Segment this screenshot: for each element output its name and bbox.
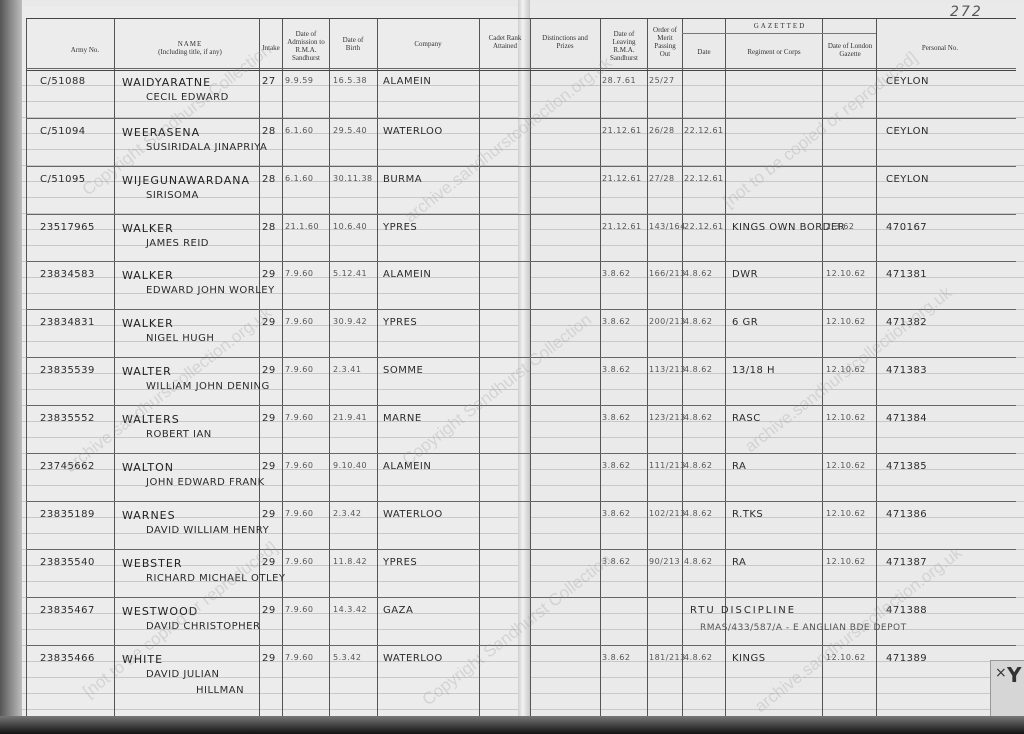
gazetted-rule bbox=[682, 33, 876, 34]
page-number: 272 bbox=[950, 4, 983, 20]
cell-gaz-date: 4.8.62 bbox=[684, 653, 712, 662]
cell-intake: 29 bbox=[262, 461, 276, 472]
cell-left: 3.8.62 bbox=[602, 317, 630, 326]
cell-personal-no: 471388 bbox=[886, 605, 927, 616]
cell-surname: WALKER bbox=[122, 269, 174, 282]
cell-intake: 29 bbox=[262, 653, 276, 664]
cell-london-gazette: 12.10.62 bbox=[826, 317, 866, 326]
cell-left: 3.8.62 bbox=[602, 365, 630, 374]
note-line-2: RMAS/433/587/A - E ANGLIAN BDE DEPOT bbox=[700, 623, 907, 633]
cell-company: SOMME bbox=[383, 365, 423, 376]
row-divider bbox=[26, 166, 1016, 167]
cell-born: 9.10.40 bbox=[333, 461, 367, 470]
row-divider bbox=[26, 261, 1016, 262]
cell-surname: WIJEGUNAWARDANA bbox=[122, 174, 250, 187]
cell-company: YPRES bbox=[383, 222, 417, 233]
cell-born: 14.3.42 bbox=[333, 605, 367, 614]
cell-company: GAZA bbox=[383, 605, 413, 616]
cell-gaz-date: 4.8.62 bbox=[684, 317, 712, 326]
cell-london-gazette: 12.10.62 bbox=[826, 557, 866, 566]
column-divider bbox=[479, 18, 480, 718]
cell-intake: 29 bbox=[262, 509, 276, 520]
cell-company: WATERLOO bbox=[383, 126, 443, 137]
cell-army-no: 23517965 bbox=[40, 222, 95, 233]
cell-army-no: 23835552 bbox=[40, 413, 95, 424]
cell-merit: 27/28 bbox=[649, 174, 675, 183]
cell-born: 5.3.42 bbox=[333, 653, 361, 662]
cell-admitted: 21.1.60 bbox=[285, 222, 319, 231]
cell-surname: WALTON bbox=[122, 461, 174, 474]
cell-surname: WALKER bbox=[122, 317, 174, 330]
book-edge bbox=[0, 0, 22, 734]
cell-merit: 90/213 bbox=[649, 557, 680, 566]
cell-forenames: JAMES REID bbox=[146, 238, 209, 249]
cell-surname: WESTWOOD bbox=[122, 605, 198, 618]
cell-admitted: 7.9.60 bbox=[285, 461, 313, 470]
cell-born: 2.3.41 bbox=[333, 365, 361, 374]
cell-merit: 111/213 bbox=[649, 461, 686, 470]
cell-london-gazette: 12.10.62 bbox=[826, 509, 866, 518]
cell-surname: WARNES bbox=[122, 509, 176, 522]
cell-born: 5.12.41 bbox=[333, 269, 367, 278]
row-divider bbox=[26, 118, 1016, 119]
book-gutter bbox=[518, 0, 530, 722]
cell-army-no: 23745662 bbox=[40, 461, 95, 472]
cell-regiment: DWR bbox=[732, 269, 758, 280]
cell-army-no: 23835467 bbox=[40, 605, 95, 616]
cell-admitted: 7.9.60 bbox=[285, 269, 313, 278]
cell-left: 28.7.61 bbox=[602, 76, 636, 85]
column-divider bbox=[822, 18, 823, 718]
cell-merit: 143/164 bbox=[649, 222, 686, 231]
header-date-leaving: Date of Leaving R.M.A. Sandhurst bbox=[602, 30, 646, 62]
header-distinctions: Distinctions and Prizes bbox=[535, 34, 595, 50]
cell-forenames: SIRISOMA bbox=[146, 190, 199, 201]
cell-company: ALAMEIN bbox=[383, 461, 431, 472]
cell-london-gazette: 12.10.62 bbox=[826, 653, 866, 662]
cell-forenames: DAVID JULIAN bbox=[146, 669, 220, 680]
cell-admitted: 7.9.60 bbox=[285, 317, 313, 326]
cell-london-gazette: 12.10.62 bbox=[826, 269, 866, 278]
tab-letter: Y bbox=[1007, 663, 1021, 687]
cell-left: 3.8.62 bbox=[602, 653, 630, 662]
cell-merit: 25/27 bbox=[649, 76, 675, 85]
cell-forenames: WILLIAM JOHN DENING bbox=[146, 381, 270, 392]
header-gazetted-date: Date bbox=[684, 48, 724, 56]
top-rule bbox=[26, 18, 1016, 19]
column-divider bbox=[600, 18, 601, 718]
cell-personal-no: 471389 bbox=[886, 653, 927, 664]
cell-forenames: SUSIRIDALA JINAPRIYA bbox=[146, 142, 267, 153]
cell-intake: 28 bbox=[262, 126, 276, 137]
column-divider bbox=[259, 18, 260, 718]
header-company: Company bbox=[380, 40, 476, 48]
cell-army-no: 23835466 bbox=[40, 653, 95, 664]
cell-admitted: 7.9.60 bbox=[285, 509, 313, 518]
cell-surname: WALTERS bbox=[122, 413, 180, 426]
cell-left: 3.8.62 bbox=[602, 413, 630, 422]
cell-forenames: NIGEL HUGH bbox=[146, 333, 214, 344]
cell-born: 10.6.40 bbox=[333, 222, 367, 231]
cell-company: BURMA bbox=[383, 174, 422, 185]
cell-forenames: JOHN EDWARD FRANK bbox=[146, 477, 265, 488]
cell-born: 11.8.42 bbox=[333, 557, 367, 566]
cell-personal-no: CEYLON bbox=[886, 174, 929, 185]
cell-surname: WHITE bbox=[122, 653, 163, 666]
cell-army-no: C/51088 bbox=[40, 76, 86, 87]
header-order-merit: Order of Merit Passing Out bbox=[649, 26, 681, 58]
cell-army-no: C/51094 bbox=[40, 126, 86, 137]
cell-born: 21.9.41 bbox=[333, 413, 367, 422]
column-divider bbox=[876, 18, 877, 718]
cell-personal-no: 471383 bbox=[886, 365, 927, 376]
header-gazetted: GAZETTED bbox=[700, 22, 860, 30]
cell-company: WATERLOO bbox=[383, 653, 443, 664]
ledger-spread: Army No. NAME (Including title, if any) … bbox=[0, 0, 1024, 722]
row-divider bbox=[26, 405, 1016, 406]
cell-admitted: 9.9.59 bbox=[285, 76, 313, 85]
cell-gaz-date: 22.12.61 bbox=[684, 174, 724, 183]
cell-merit: 123/213 bbox=[649, 413, 686, 422]
cell-gaz-date: 4.8.62 bbox=[684, 365, 712, 374]
cell-intake: 27 bbox=[262, 76, 276, 87]
cell-regiment: RASC bbox=[732, 413, 761, 424]
cell-left: 3.8.62 bbox=[602, 557, 630, 566]
header-cadet-rank: Cadet Rank Attained bbox=[485, 34, 525, 50]
cell-personal-no: 470167 bbox=[886, 222, 927, 233]
cell-gaz-date: 4.8.62 bbox=[684, 413, 712, 422]
cell-army-no: 23835540 bbox=[40, 557, 95, 568]
cell-company: ALAMEIN bbox=[383, 76, 431, 87]
header-rule bbox=[26, 70, 1016, 71]
cell-merit: 102/213 bbox=[649, 509, 686, 518]
row-divider bbox=[26, 68, 1016, 69]
cell-left: 3.8.62 bbox=[602, 509, 630, 518]
cell-intake: 29 bbox=[262, 413, 276, 424]
header-regiment: Regiment or Corps bbox=[728, 48, 820, 56]
cell-company: ALAMEIN bbox=[383, 269, 431, 280]
cell-personal-no: 471385 bbox=[886, 461, 927, 472]
header-name-sub: (Including title, if any) bbox=[130, 48, 250, 56]
cell-regiment: RA bbox=[732, 461, 746, 472]
cell-born: 30.9.42 bbox=[333, 317, 367, 326]
cell-london-gazette: 12.10.62 bbox=[826, 461, 866, 470]
header-london-gazette: Date of London Gazette bbox=[826, 42, 874, 58]
cell-merit: 26/28 bbox=[649, 126, 675, 135]
cell-personal-no: 471387 bbox=[886, 557, 927, 568]
cell-intake: 29 bbox=[262, 605, 276, 616]
cell-forenames: CECIL EDWARD bbox=[146, 92, 229, 103]
cell-army-no: 23834831 bbox=[40, 317, 95, 328]
cell-merit: 113/213 bbox=[649, 365, 686, 374]
row-divider bbox=[26, 309, 1016, 310]
cell-gaz-date: 4.8.62 bbox=[684, 461, 712, 470]
cell-regiment: RA bbox=[732, 557, 746, 568]
cell-admitted: 7.9.60 bbox=[285, 413, 313, 422]
cell-london-gazette: 2.3.62 bbox=[826, 222, 854, 231]
cell-army-no: 23834583 bbox=[40, 269, 95, 280]
cell-personal-no: 471381 bbox=[886, 269, 927, 280]
cell-army-no: 23835189 bbox=[40, 509, 95, 520]
cell-company: WATERLOO bbox=[383, 509, 443, 520]
cell-personal-no: 471382 bbox=[886, 317, 927, 328]
cell-company: YPRES bbox=[383, 317, 417, 328]
cell-born: 30.11.38 bbox=[333, 174, 373, 183]
cell-surname: WALKER bbox=[122, 222, 174, 235]
cell-admitted: 7.9.60 bbox=[285, 365, 313, 374]
cell-forenames: EDWARD JOHN WORLEY bbox=[146, 285, 275, 296]
cell-regiment: 13/18 H bbox=[732, 365, 775, 376]
cell-forenames: RICHARD MICHAEL OTLEY bbox=[146, 573, 286, 584]
cell-gaz-date: 22.12.61 bbox=[684, 222, 724, 231]
book-bottom-edge bbox=[0, 716, 1024, 734]
header-name: NAME bbox=[130, 40, 250, 48]
header-date-admission: Date of Admission to R.M.A. Sandhurst bbox=[286, 30, 326, 62]
column-divider bbox=[282, 18, 283, 718]
cell-merit: 181/213 bbox=[649, 653, 686, 662]
row-divider bbox=[26, 549, 1016, 550]
row-divider bbox=[26, 453, 1016, 454]
cell-regiment: KINGS bbox=[732, 653, 766, 664]
header-personal-no: Personal No. bbox=[880, 44, 1000, 52]
row-divider bbox=[26, 597, 1016, 598]
cell-born: 2.3.42 bbox=[333, 509, 361, 518]
cell-company: YPRES bbox=[383, 557, 417, 568]
cell-forenames2: HILLMAN bbox=[196, 685, 244, 696]
cell-left: 3.8.62 bbox=[602, 461, 630, 470]
note-line-1: RTU DISCIPLINE bbox=[690, 605, 796, 616]
cell-personal-no: CEYLON bbox=[886, 126, 929, 137]
cell-born: 29.5.40 bbox=[333, 126, 367, 135]
cell-surname: WEERASENA bbox=[122, 126, 200, 139]
cell-admitted: 7.9.60 bbox=[285, 605, 313, 614]
column-divider bbox=[530, 18, 531, 718]
cell-personal-no: 471386 bbox=[886, 509, 927, 520]
row-divider bbox=[26, 214, 1016, 215]
cell-gaz-date: 4.8.62 bbox=[684, 509, 712, 518]
cell-left: 21.12.61 bbox=[602, 174, 642, 183]
cell-forenames: DAVID CHRISTOPHER bbox=[146, 621, 260, 632]
cell-surname: WEBSTER bbox=[122, 557, 182, 570]
cell-surname: WALTER bbox=[122, 365, 172, 378]
cell-left: 21.12.61 bbox=[602, 126, 642, 135]
column-divider bbox=[329, 18, 330, 718]
cell-left: 3.8.62 bbox=[602, 269, 630, 278]
cell-intake: 28 bbox=[262, 174, 276, 185]
cell-company: MARNE bbox=[383, 413, 422, 424]
column-divider bbox=[647, 18, 648, 718]
cell-merit: 200/213 bbox=[649, 317, 686, 326]
cell-forenames: DAVID WILLIAM HENRY bbox=[146, 525, 269, 536]
cell-army-no: C/51095 bbox=[40, 174, 86, 185]
cell-gaz-date: 4.8.62 bbox=[684, 269, 712, 278]
index-tab: × Y bbox=[990, 660, 1024, 718]
cell-born: 16.5.38 bbox=[333, 76, 367, 85]
cell-regiment: R.TKS bbox=[732, 509, 763, 520]
header-date-birth: Date of Birth bbox=[336, 36, 370, 52]
cell-gaz-date: 4.8.62 bbox=[684, 557, 712, 566]
cell-intake: 29 bbox=[262, 317, 276, 328]
cell-admitted: 6.1.60 bbox=[285, 174, 313, 183]
cell-personal-no: CEYLON bbox=[886, 76, 929, 87]
cell-intake: 28 bbox=[262, 222, 276, 233]
header-army-no: Army No. bbox=[60, 46, 110, 54]
cell-admitted: 7.9.60 bbox=[285, 557, 313, 566]
margin-line bbox=[26, 18, 27, 718]
tab-mark: × bbox=[995, 665, 1007, 681]
cell-forenames: ROBERT IAN bbox=[146, 429, 212, 440]
cell-admitted: 7.9.60 bbox=[285, 653, 313, 662]
cell-intake: 29 bbox=[262, 365, 276, 376]
cell-intake: 29 bbox=[262, 269, 276, 280]
cell-gaz-date: 22.12.61 bbox=[684, 126, 724, 135]
row-divider bbox=[26, 357, 1016, 358]
cell-army-no: 23835539 bbox=[40, 365, 95, 376]
cell-personal-no: 471384 bbox=[886, 413, 927, 424]
row-divider bbox=[26, 645, 1016, 646]
cell-london-gazette: 12.10.62 bbox=[826, 365, 866, 374]
cell-surname: WAIDYARATNE bbox=[122, 76, 211, 89]
cell-left: 21.12.61 bbox=[602, 222, 642, 231]
column-divider bbox=[114, 18, 115, 718]
cell-intake: 29 bbox=[262, 557, 276, 568]
cell-regiment: 6 GR bbox=[732, 317, 758, 328]
row-divider bbox=[26, 501, 1016, 502]
cell-london-gazette: 12.10.62 bbox=[826, 413, 866, 422]
header-intake: Intake bbox=[259, 44, 283, 52]
cell-merit: 166/213 bbox=[649, 269, 686, 278]
cell-admitted: 6.1.60 bbox=[285, 126, 313, 135]
column-divider bbox=[377, 18, 378, 718]
